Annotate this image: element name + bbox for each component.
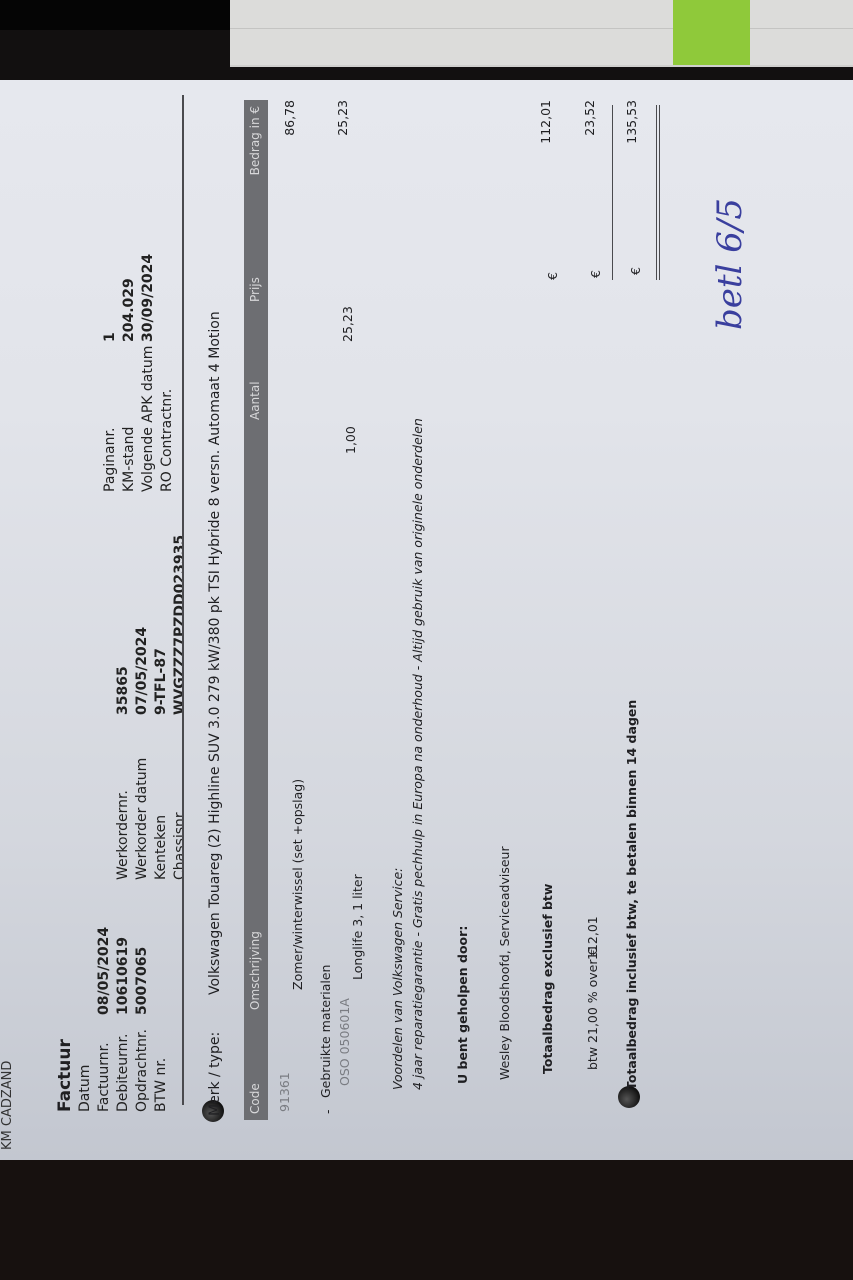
- promo-text: 4 jaar reparatiegarantie - Gratis pechhu…: [410, 418, 425, 1090]
- invoice-meta-mid: Werkordernr. Werkorder datum Kenteken Ch…: [114, 758, 190, 880]
- vehicle-value: Volkswagen Touareg (2) Highline SUV 3.0 …: [207, 311, 223, 995]
- value-factuurnr: 10610619: [114, 927, 133, 1015]
- value-debiteurnr: 5007065: [133, 927, 152, 1015]
- label-factuurnr: Factuurnr.: [95, 1029, 114, 1112]
- label-kenteken: Kenteken: [152, 758, 171, 880]
- vat-currency: €: [588, 270, 603, 278]
- label-paginanr: Paginanr.: [101, 346, 120, 492]
- materials-bullet: -: [320, 1109, 335, 1114]
- header-divider: [182, 95, 184, 1105]
- vehicle-label: Merk / type:: [207, 1032, 223, 1116]
- label-debiteurnr: Debiteurnr.: [114, 1029, 133, 1112]
- address-fragment: KM CADZAND: [0, 1061, 15, 1150]
- total-excl-currency: €: [545, 272, 560, 280]
- material-quantity: 1,00: [343, 426, 358, 454]
- handwritten-note: betl 6/5: [710, 198, 750, 330]
- total-incl-currency: €: [628, 267, 643, 275]
- label-datum: Datum: [76, 1029, 95, 1112]
- label-chassisnr: Chassisnr.: [171, 758, 190, 880]
- col-quantity: Aantal: [248, 381, 262, 420]
- invoice-meta-right: Paginanr. KM-stand Volgende APK datum RO…: [101, 346, 177, 492]
- label-werkordernr: Werkordernr.: [114, 758, 133, 880]
- background-table: [0, 1150, 853, 1280]
- invoice-title: Factuur: [55, 1039, 75, 1112]
- value-datum: 08/05/2024: [95, 927, 114, 1015]
- total-double-line-1: [656, 105, 657, 280]
- col-code: Code: [248, 1083, 262, 1114]
- materials-heading: Gebruikte materialen: [318, 965, 333, 1098]
- invoice-meta-right-values: 1 204.029 30/09/2024: [101, 254, 158, 342]
- total-excl-value: 112,01: [538, 100, 553, 144]
- label-opdrachtnr: Opdrachtnr.: [133, 1029, 152, 1112]
- vat-base: 112,01: [585, 916, 600, 960]
- row-code: 91361: [277, 1072, 292, 1112]
- helped-by-label: U bent geholpen door:: [455, 926, 470, 1084]
- material-amount: 25,23: [335, 100, 350, 136]
- vat-label: btw 21,00 % over €: [585, 948, 600, 1070]
- total-incl-label: Totaalbedrag inclusief btw, te betalen b…: [624, 700, 639, 1090]
- row-description: Zomer/winterwissel (set +opslag): [290, 779, 305, 990]
- helped-by-name: Wesley Bloodshoofd, Serviceadviseur: [497, 846, 512, 1080]
- invoice-meta-left: Datum Factuurnr. Debiteurnr. Opdrachtnr.…: [76, 1029, 171, 1112]
- total-excl-label: Totaalbedrag exclusief btw: [540, 884, 555, 1074]
- label-apk-datum: Volgende APK datum: [139, 346, 158, 492]
- value-werkordernr: 35865: [114, 535, 133, 715]
- material-price: 25,23: [340, 306, 355, 342]
- value-chassisnr: WVGZZZ7PZDD023935: [171, 535, 190, 715]
- value-werkorder-datum: 07/05/2024: [133, 535, 152, 715]
- col-description: Omschrijving: [248, 931, 262, 1010]
- table-header: Code Omschrijving Aantal Prijs Bedrag in…: [244, 100, 268, 1120]
- label-ro-contractnr: RO Contractnr.: [158, 346, 177, 492]
- green-tab: [673, 0, 750, 65]
- label-btw-nr: BTW nr.: [152, 1029, 171, 1112]
- value-apk-datum: 30/09/2024: [139, 254, 158, 342]
- invoice-meta-mid-values: 35865 07/05/2024 9-TFL-87 WVGZZZ7PZDD023…: [114, 535, 190, 715]
- col-amount: Bedrag in €: [248, 106, 262, 175]
- subtotal-line: [612, 105, 613, 280]
- label-werkorder-datum: Werkorder datum: [133, 758, 152, 880]
- row-amount: 86,78: [282, 100, 297, 136]
- total-incl-value: 135,53: [624, 100, 639, 144]
- invoice-meta-left-values: 08/05/2024 10610619 5007065: [95, 927, 152, 1015]
- col-price: Prijs: [248, 277, 262, 302]
- value-paginanr: 1: [101, 254, 120, 342]
- material-description: Longlife 3, 1 liter: [350, 874, 365, 980]
- vat-value: 23,52: [582, 100, 597, 136]
- total-double-line-2: [659, 105, 660, 280]
- label-km-stand: KM-stand: [120, 346, 139, 492]
- background-paper: [230, 0, 853, 67]
- promo-title: Voordelen van Volkswagen Service:: [390, 868, 405, 1090]
- material-code: OSO 050601A: [337, 998, 352, 1086]
- value-kenteken: 9-TFL-87: [152, 535, 171, 715]
- invoice-document: KM CADZAND Factuur Datum Factuurnr. Debi…: [0, 80, 853, 1160]
- value-km-stand: 204.029: [120, 254, 139, 342]
